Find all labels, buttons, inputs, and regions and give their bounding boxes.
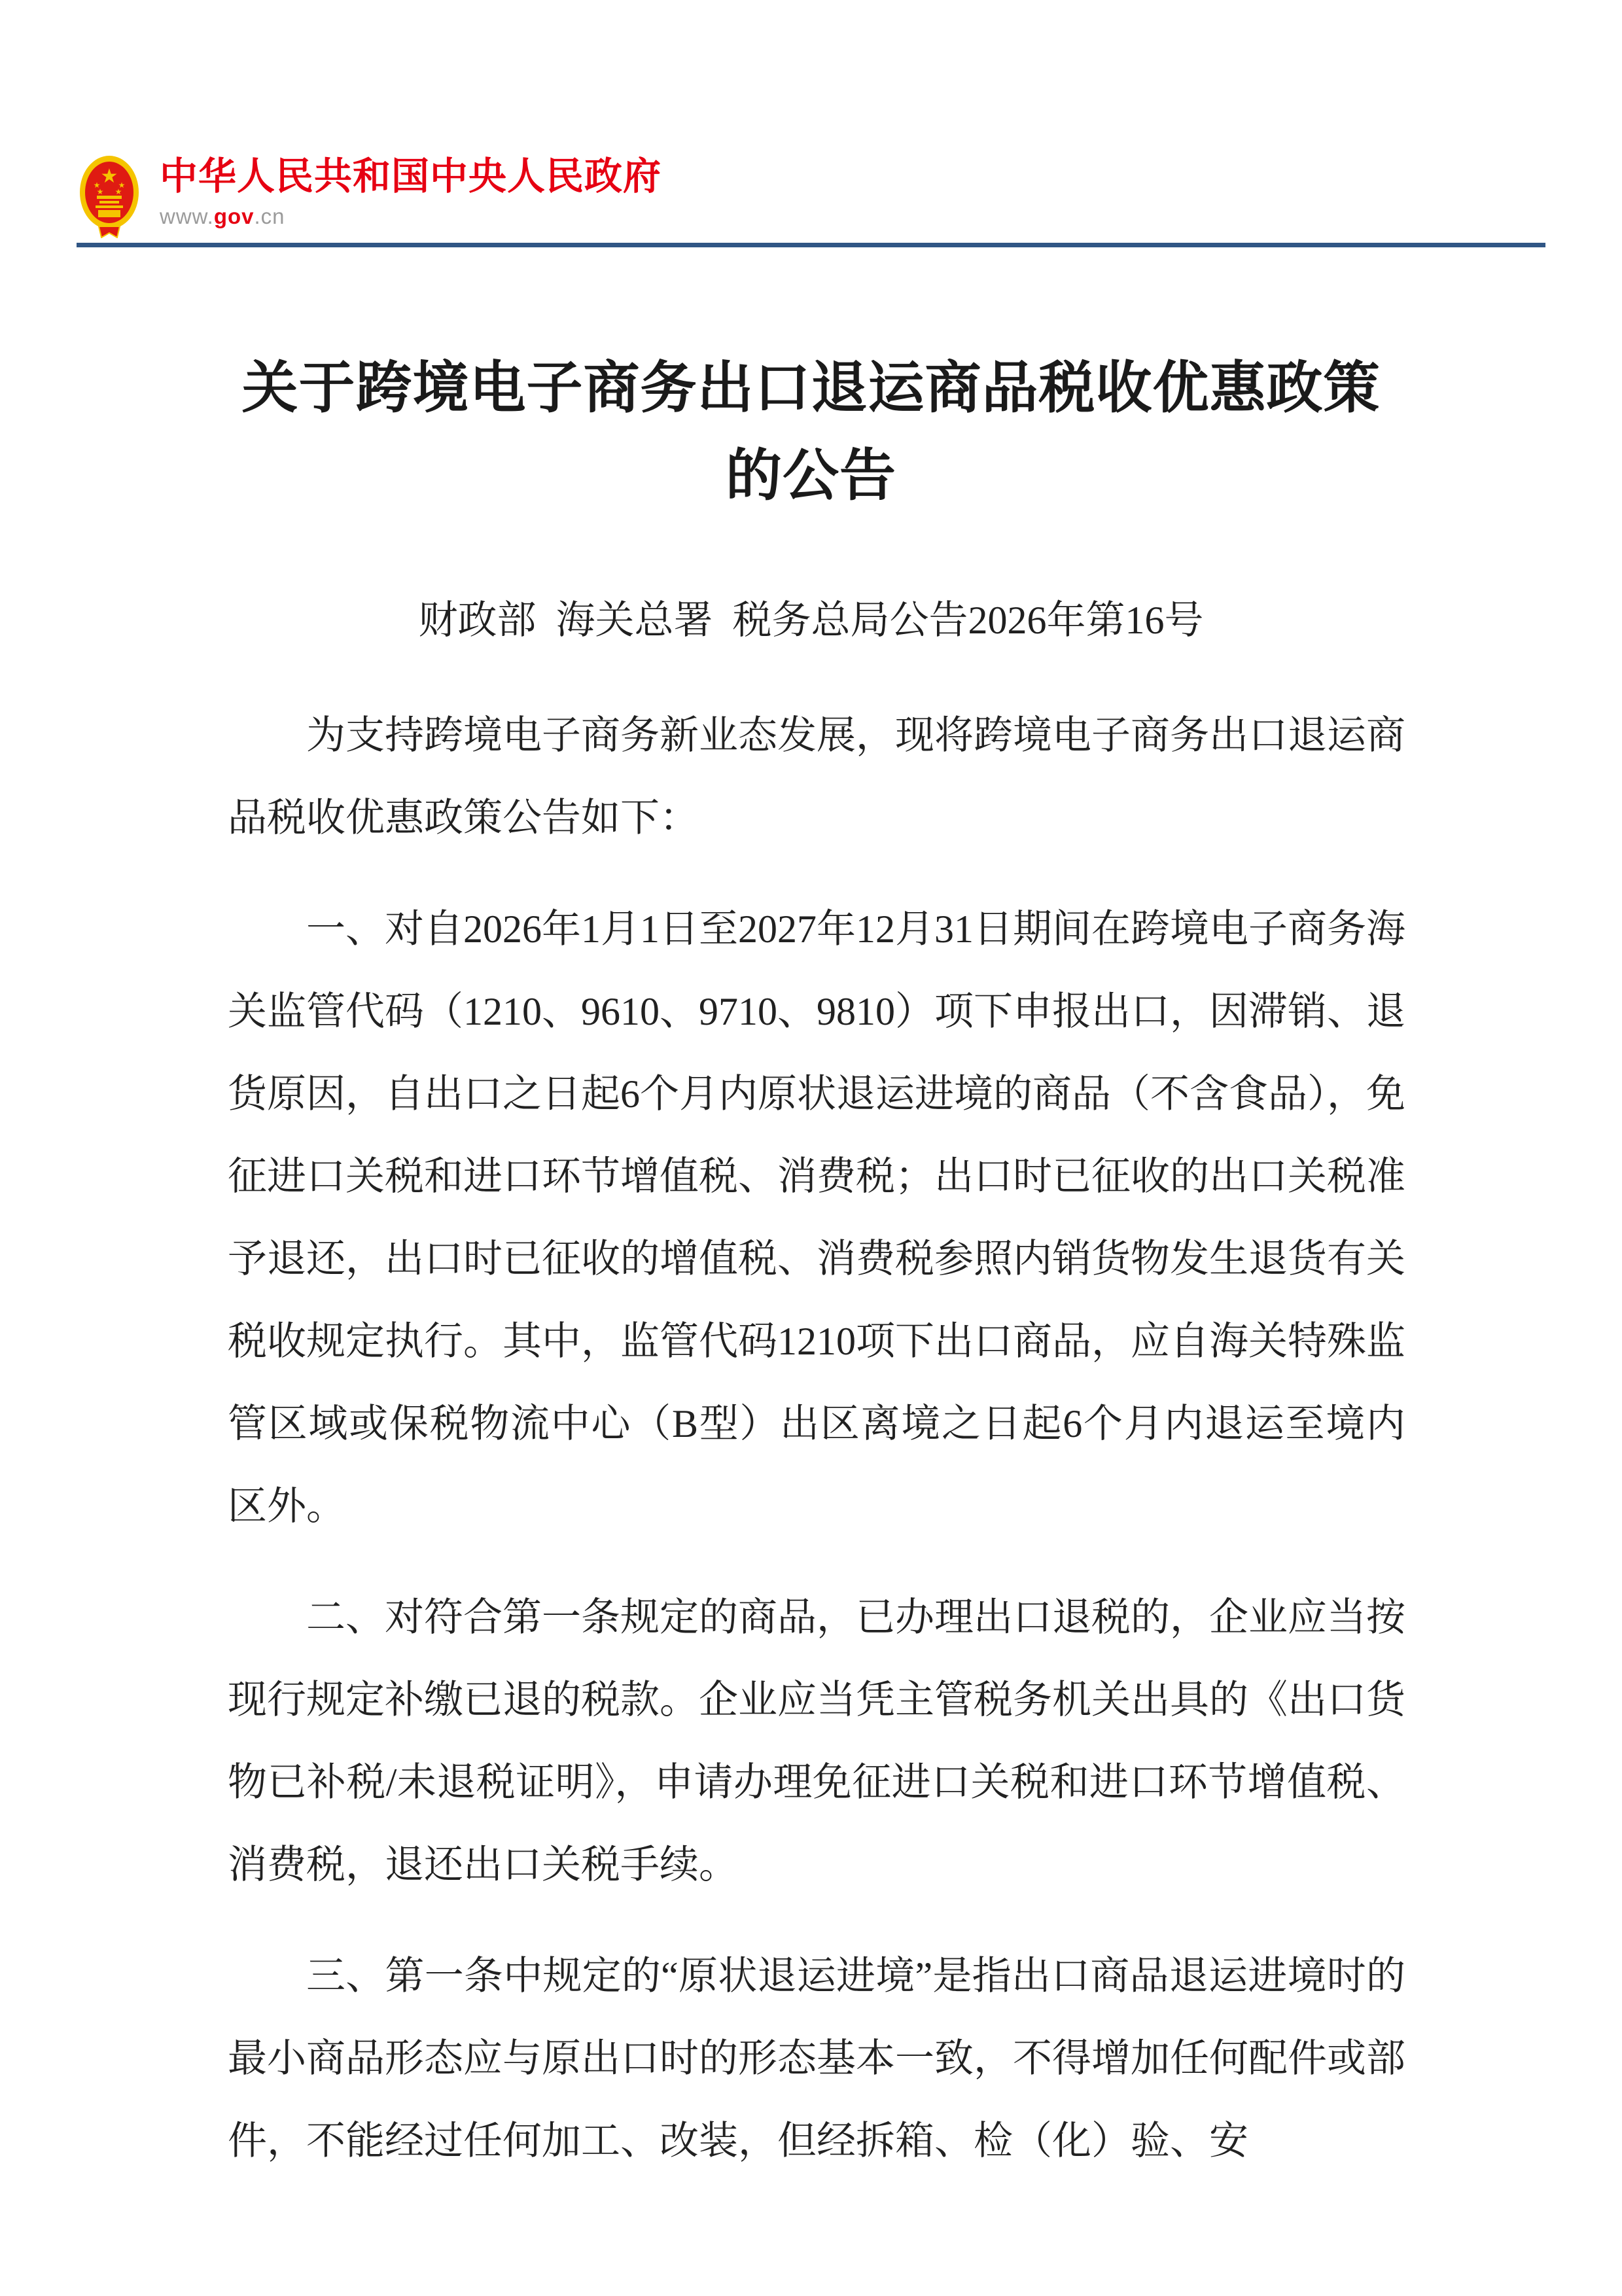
site-url[interactable]: www.gov.cn xyxy=(160,205,661,228)
document-title: 关于跨境电子商务出口退运商品税收优惠政策 的公告 xyxy=(77,344,1545,520)
paragraph-article-2: 二、对符合第一条规定的商品，已办理出口退税的，企业应当按现行规定补缴已退的税款。… xyxy=(228,1576,1405,1906)
header-divider xyxy=(77,243,1545,247)
national-emblem-icon: ★ ★ ★ ★ ★ xyxy=(79,155,140,238)
site-url-core: gov xyxy=(214,204,255,228)
document-body: 为支持跨境电子商务新业态发展，现将跨境电子商务出口退运商品税收优惠政策公告如下：… xyxy=(228,694,1405,2211)
document-title-line1: 关于跨境电子商务出口退运商品税收优惠政策 xyxy=(77,344,1545,432)
document-page: ★ ★ ★ ★ ★ 中华人民共和国中央人民政府 www.gov.cn 关于跨境电… xyxy=(0,0,1622,2296)
paragraph-article-1: 一、对自2026年1月1日至2027年12月31日期间在跨境电子商务海关监管代码… xyxy=(228,888,1405,1547)
issuer-line: 财政部 海关总署 税务总局公告2026年第16号 xyxy=(77,593,1545,648)
svg-text:★: ★ xyxy=(101,165,118,188)
svg-text:★: ★ xyxy=(97,187,104,196)
gov-logo-link[interactable]: ★ ★ ★ ★ ★ 中华人民共和国中央人民政府 www.gov.cn xyxy=(79,155,661,238)
site-url-suffix: .cn xyxy=(255,204,285,228)
site-url-prefix: www. xyxy=(160,204,214,228)
document-title-line2: 的公告 xyxy=(77,432,1545,520)
svg-text:★: ★ xyxy=(115,187,122,196)
site-name: 中华人民共和国中央人民政府 xyxy=(160,155,661,198)
paragraph-article-3: 三、第一条中规定的“原状退运进境”是指出口商品退运进境时的最小商品形态应与原出口… xyxy=(228,1935,1405,2182)
paragraph-intro: 为支持跨境电子商务新业态发展，现将跨境电子商务出口退运商品税收优惠政策公告如下： xyxy=(228,694,1405,859)
